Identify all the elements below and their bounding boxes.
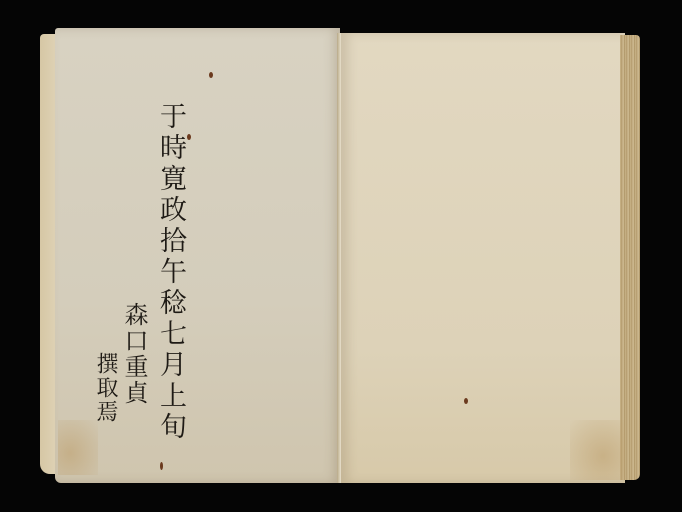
open-book: 于時寛政拾午稔七月上旬 森口重貞 撰取焉 xyxy=(0,0,682,512)
compiled-note: 撰取焉 xyxy=(92,352,118,424)
author-name: 森口重貞 xyxy=(120,302,148,406)
right-page xyxy=(340,33,625,483)
ink-spot xyxy=(160,462,163,470)
right-page-stain xyxy=(570,420,625,480)
ink-spot xyxy=(209,72,213,78)
ink-spot xyxy=(187,134,191,140)
book-spine xyxy=(337,33,341,483)
ink-spot xyxy=(464,398,468,404)
left-page-stain xyxy=(58,420,98,475)
right-page-stack-edge xyxy=(620,35,640,480)
date-inscription: 于時寛政拾午稔七月上旬 xyxy=(155,102,185,443)
